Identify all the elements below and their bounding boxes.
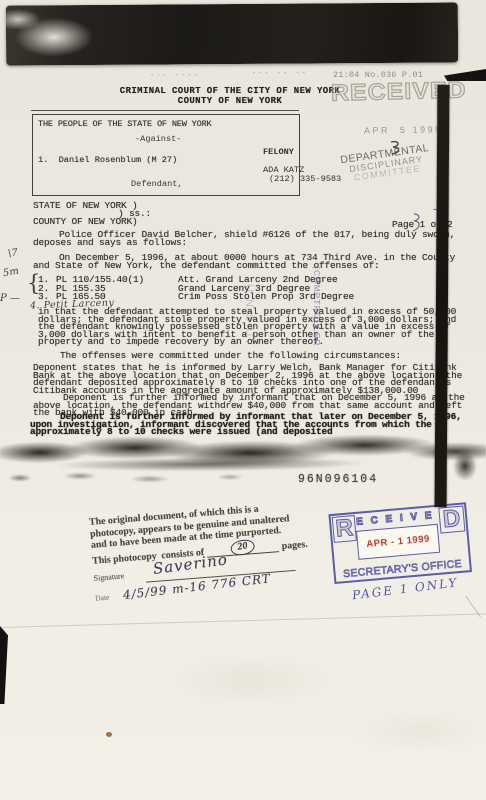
signature-script: Saverino — [152, 554, 228, 575]
plaintiff-name: THE PEOPLE OF THE STATE OF NEW YORK — [38, 119, 212, 129]
signature-label: Signature — [93, 571, 124, 582]
certification-stamp: The original document, of which this is … — [89, 497, 345, 608]
margin-note-3: P — — [0, 293, 20, 304]
received-date-box: APR - 1 1999 — [356, 524, 440, 560]
scan-smudge-scatter — [0, 470, 320, 486]
fax-header-marks-mid: --- -- -- — [252, 70, 308, 78]
received-outer-box: R E C E I V E D APR - 1 1999 SECRETARY'S… — [328, 502, 472, 584]
paragraph-circumstances: The offenses were committed under the fo… — [60, 352, 480, 360]
top-scan-smudge-band — [6, 2, 458, 65]
defendant-label: Defendant, — [131, 179, 183, 189]
charge-name: Crim Poss Stolen Prop 3rd Degree — [178, 293, 354, 302]
pen-scribble-mark — [388, 140, 404, 156]
bottom-paper-shading — [0, 640, 486, 800]
received-date-red: APR - 1 1999 — [366, 534, 430, 550]
docket-number: 96N096104 — [298, 473, 378, 487]
felony-label: FELONY — [263, 147, 294, 157]
venue-county-line: COUNTY OF NEW YORK) — [33, 218, 138, 226]
black-bar-smudge-blob — [447, 444, 484, 490]
secretary-received-stamp: R E C E I V E D APR - 1 1999 SECRETARY'S… — [328, 502, 475, 602]
paper-crease-line — [0, 613, 486, 629]
received-letter-d: D — [438, 505, 466, 533]
pages-count-circled: 20 — [230, 537, 256, 556]
margin-note-2: 5m — [2, 266, 20, 280]
against-label: -Against- — [135, 134, 181, 144]
caption-box-top-rule — [31, 110, 299, 111]
fax-header-marks-left: -·· ---- — [150, 72, 200, 80]
date-label: Date — [95, 593, 110, 603]
paragraph-incident: On December 5, 1996, at about 0000 hours… — [33, 254, 465, 269]
scan-smudge-band — [0, 429, 486, 474]
defendant-name: 1. Daniel Rosenblum (M 27) — [38, 155, 177, 165]
received-letter-r: R — [332, 515, 358, 543]
margin-note-1: \7 — [7, 248, 18, 260]
pages-line-suffix: pages. — [281, 538, 308, 551]
case-caption-box: THE PEOPLE OF THE STATE OF NEW YORK -Aga… — [32, 114, 300, 196]
scanned-court-document: -·· ---- --- -- -- 21:04 No.036 P.01 CRI… — [0, 0, 486, 800]
vertical-faint-stamp: UNSU — [243, 284, 255, 394]
departmental-committee-stamp: DEPARTMENTAL DISCIPLINARY COMMITTEE — [324, 140, 447, 186]
vertical-comptroller-stamp: (COMPTROLLER — [312, 266, 322, 382]
received-stamp-date: APR 5 1999 — [364, 124, 443, 135]
paragraph-officer: Police Officer David Belcher, shield #61… — [33, 231, 465, 246]
